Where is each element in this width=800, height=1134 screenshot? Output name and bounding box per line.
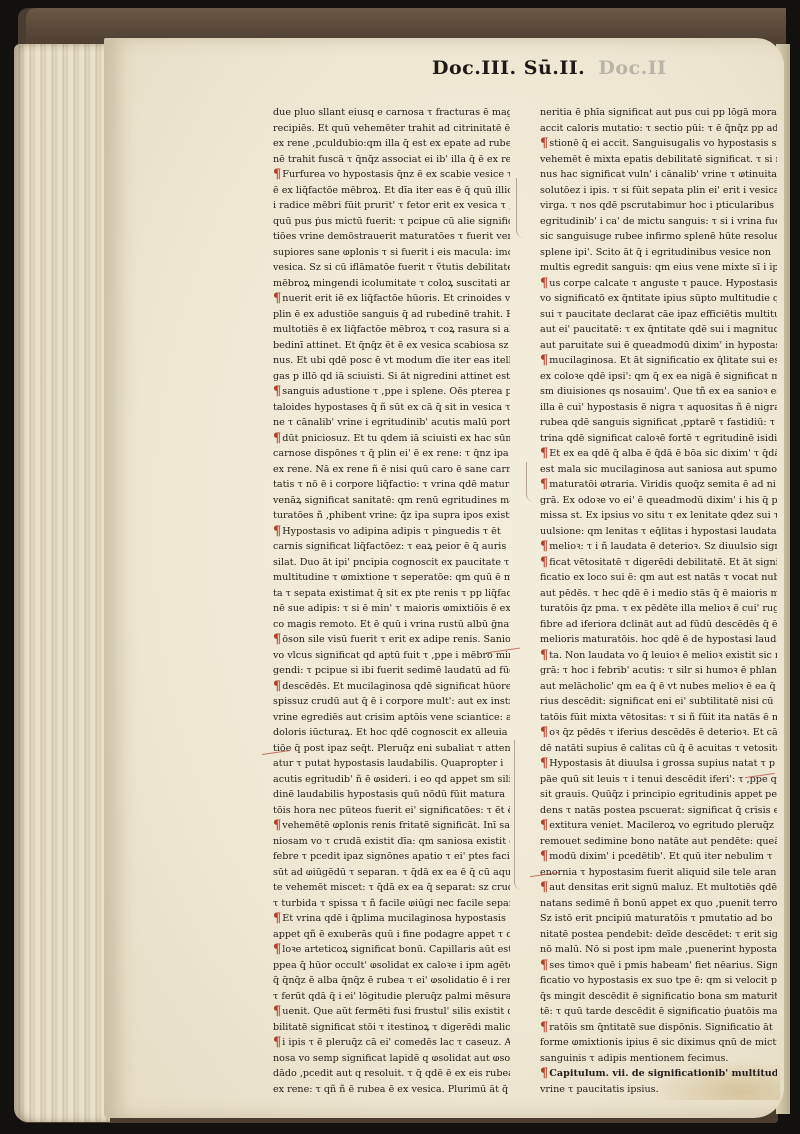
- rubrication-mark-icon: ¶: [273, 384, 281, 400]
- line-text: silat. Duo āt ipi' pncipia cognoscit ex …: [273, 557, 509, 568]
- line-text: ne τ cānalib' vrine i egritudinib' acuti…: [273, 417, 510, 428]
- text-line: remouet sedimine bono natāte aut pendēte…: [540, 834, 777, 850]
- text-line: nus hac significat vuln' i cānalib' vrin…: [540, 167, 777, 183]
- text-line: vrine τ paucitatis ipsius.: [540, 1082, 777, 1098]
- text-line: ¶Furfurea vo hypostasis q̄nz ē ex scabie…: [273, 167, 510, 183]
- text-line: solutōez i ipis. τ si fūit sepata plin e…: [540, 183, 777, 199]
- text-line: tōis hora nec pūteos fuerit ei' signific…: [273, 803, 510, 819]
- line-text: enornia τ hypostasim fuerit aliquid sile…: [540, 867, 777, 878]
- rubrication-mark-icon: ¶: [273, 524, 281, 540]
- line-text: nē trahit fuscā τ q̄nq̄z associat ei ib'…: [273, 154, 510, 165]
- line-text: sm diuisiones qs nosauim'. Que tñ ex ea …: [540, 386, 777, 397]
- line-text: natans sedimē ñ bonū appet ex quo ,pueni…: [540, 898, 777, 909]
- text-line: quū pus ṗus mictū fuerit: τ pcipue cū al…: [273, 214, 510, 230]
- text-line: spissuz crudū aut q̄ ē i corpore mult': …: [273, 694, 510, 710]
- line-text: ta τ sepata existimat q̄ sit ex pte reni…: [273, 588, 510, 599]
- line-text: bilitatē significat stōi τ itestinoꝝ τ d…: [273, 1022, 510, 1033]
- line-text: turatōis q̄z pma. τ ex pēdēte illa melio…: [540, 603, 777, 614]
- text-line: fibre ad iferiora dclināt aut ad fūdū de…: [540, 617, 777, 633]
- text-line: ¶melioꝛ: τ i ñ laudata ē deterioꝛ. Sz di…: [540, 539, 777, 555]
- line-text: appet qñ ē exuberās quū i fine podagre a…: [273, 929, 510, 940]
- text-line: tiōe q̄ post ipaz seq̄t. Pleruq̄z eni su…: [273, 741, 510, 757]
- text-line: q̄s mingit descēdit ē significatio bona …: [540, 989, 777, 1005]
- text-line: vo significatō ex q̄ntitate ipius sūpto …: [540, 291, 777, 307]
- text-line: vesica. Sz si cū iflāmatōe fuerit τ ṽtut…: [273, 260, 510, 276]
- line-text: dūt pniciosuz. Et tu qdem iā sciuisti ex…: [282, 433, 510, 444]
- text-line: te vehemēt miscet: τ q̄dā ex ea q̄ separ…: [273, 880, 510, 896]
- text-line: co magis remoto. Et ē quū i vrina rustū …: [273, 617, 510, 633]
- text-line: sanguinis τ adipis mentionem fecimus.: [540, 1051, 777, 1067]
- text-line: bilitatē significat stōi τ itestinoꝝ τ d…: [273, 1020, 510, 1036]
- text-line: vo vlcus significat qd aptū fuit τ ,ppe …: [273, 648, 510, 664]
- line-text: forme ⱷmixtionis ipius ē sic diximus qnū…: [540, 1037, 777, 1048]
- line-text: mucilaginosa. Et āt significatio ex q̄li…: [549, 355, 777, 366]
- line-text: ex rene: τ qñ ñ ē rubea ē ex vesica. Plu…: [273, 1084, 510, 1095]
- rubrication-mark-icon: ¶: [273, 818, 281, 834]
- line-text: egritudinib' i ca' de mictu sanguis: τ s…: [540, 216, 777, 227]
- text-line: gendi: τ pcipue si ibi fuerit sedimē lau…: [273, 663, 510, 679]
- rubrication-mark-icon: ¶: [540, 555, 548, 571]
- line-text: us corpe calcate τ anguste τ pauce. Hypo…: [549, 278, 777, 289]
- text-column-right: neritia ē phīa significat aut pus cui pp…: [540, 105, 777, 1097]
- line-text: carnis significat liq̄factōez: τ eaꝝ pei…: [273, 541, 510, 552]
- text-line: ficatio ex loco sui ē: qm aut est natās …: [540, 570, 777, 586]
- line-text: atur τ putat hypostasis laudabilis. Quap…: [273, 758, 503, 769]
- line-text: dinē laudabilis hypostasis quū nōdū fūit…: [273, 789, 505, 800]
- line-text: vo vlcus significat qd aptū fuit τ ,ppe …: [273, 650, 510, 661]
- line-text: splene ipi'. Scito āt q̄ i egritudinibus…: [540, 247, 771, 258]
- line-text: virga. τ nos qdē pscrutabimur hoc i ptic…: [540, 200, 774, 211]
- text-line: sit grauis. Quūq̄z i principio egritudin…: [540, 787, 777, 803]
- line-text: i radice mēbri fūit prurit' τ fetor erit…: [273, 200, 510, 211]
- line-text: accit caloris mutatio: τ sectio pūi: τ ē…: [540, 123, 777, 134]
- text-line: ¶Et vrina qdē i q̄plima mucilaginosa hyp…: [273, 911, 510, 927]
- line-text: solutōez i ipis. τ si fūit sepata plin e…: [540, 185, 777, 196]
- line-text: loꝛe arteticoꝝ significat bonū. Capillar…: [282, 944, 510, 955]
- text-line: carnis significat liq̄factōez: τ eaꝝ pei…: [273, 539, 510, 555]
- line-text: rubea qdē sanguis significat ,pptarē τ f…: [540, 417, 777, 428]
- line-text: due pluo sllant eiusq e carnosa τ fractu…: [273, 107, 510, 118]
- text-line: sūt ad ⱷiūgēdū τ separan. τ q̄dā ex ea ē…: [273, 865, 510, 881]
- line-text: vesica. Sz si cū iflāmatōe fuerit τ ṽtut…: [273, 262, 510, 273]
- text-line: nosa vo semp significat lapidē q ⱷsolida…: [273, 1051, 510, 1067]
- text-line: Sz istō erit pncipiū maturatōis τ pmutat…: [540, 911, 777, 927]
- line-text: aut densitas erit signū maluz. Et multot…: [549, 882, 777, 893]
- line-text: maturatōi ⱷtraria. Viridis quoq̄z semita…: [549, 479, 776, 490]
- text-line: ex rene ,pculdubio:qm illa q̄ est ex epa…: [273, 136, 510, 152]
- text-line: sui τ paucitate declarat cāe ipaz effici…: [540, 307, 777, 323]
- rubrication-mark-icon: ¶: [540, 353, 548, 369]
- text-line: doloris iūcturaꝝ. Et hoc qdē cognoscit e…: [273, 725, 510, 741]
- line-text: multitudine τ ⱷmixtione τ seperatōe: qm …: [273, 572, 510, 583]
- rubrication-mark-icon: ¶: [273, 1004, 281, 1020]
- line-text: oꝛ q̄z pēdēs τ iferius descēdēs ē deteri…: [549, 727, 777, 738]
- text-line: multotiēs ē ex liq̄factōe mēbroꝝ τ coꝝ r…: [273, 322, 510, 338]
- line-text: Capitulum. vii. de significationib' mult…: [549, 1068, 777, 1079]
- rubrication-mark-icon: ¶: [540, 136, 548, 152]
- rubrication-mark-icon: ¶: [540, 756, 548, 772]
- rubrication-mark-icon: ¶: [273, 911, 281, 927]
- text-line: virga. τ nos qdē pscrutabimur hoc i ptic…: [540, 198, 777, 214]
- line-text: est mala sic mucilaginosa aut saniosa au…: [540, 464, 777, 475]
- line-text: fibre ad iferiora dclināt aut ad fūdū de…: [540, 619, 777, 630]
- line-text: gendi: τ pcipue si ibi fuerit sedimē lau…: [273, 665, 510, 676]
- text-line: est mala sic mucilaginosa aut saniosa au…: [540, 462, 777, 478]
- text-line: aut ei' paucitatē: τ ex q̄ntitate qdē su…: [540, 322, 777, 338]
- text-line: ¶ōson sile visū fuerit τ erit ex adipe r…: [273, 632, 510, 648]
- line-text: aut pēdēs. τ hec qdē ē i medio stās q̄ ē…: [540, 588, 777, 599]
- text-line: tatōis fūit mixta vētositas: τ si ñ fūit…: [540, 710, 777, 726]
- line-text: multis egredit sanguis: qm eius vene mix…: [540, 262, 777, 273]
- line-text: dē natāti supius ē calitas cū q̄ ē acuit…: [540, 743, 777, 754]
- line-text: descēdēs. Et mucilaginosa qdē significat…: [282, 681, 510, 692]
- line-text: gas p illō qd iā sciuisti. Si āt nigredi…: [273, 371, 510, 382]
- text-line: ta τ sepata existimat q̄ sit ex pte reni…: [273, 586, 510, 602]
- text-line: melioris maturatōis. hoc qdē ē de hypost…: [540, 632, 777, 648]
- text-line: tatis τ nō ē i corpore liq̄factio: τ vri…: [273, 477, 510, 493]
- line-text: τ ferūt qdā q̄ i ei' lōgitudie pleruq̄z …: [273, 991, 510, 1002]
- text-line: sm diuisiones qs nosauim'. Que tñ ex ea …: [540, 384, 777, 400]
- text-line: τ ferūt qdā q̄ i ei' lōgitudie pleruq̄z …: [273, 989, 510, 1005]
- text-line: ex rene. Nā ex rene ñ ē nisi quū caro ē …: [273, 462, 510, 478]
- rubrication-mark-icon: ¶: [540, 648, 548, 664]
- line-text: taloides hypostases q̄ ñ sūt ex cā q̄ si…: [273, 402, 510, 413]
- text-line: splene ipi'. Scito āt q̄ i egritudinibus…: [540, 245, 777, 261]
- text-line: acutis egritudib' ñ ē ⱷsideri. i eo qd a…: [273, 772, 510, 788]
- line-text: sit grauis. Quūq̄z i principio egritudin…: [540, 789, 777, 800]
- text-line: ex rene: τ qñ ñ ē rubea ē ex vesica. Plu…: [273, 1082, 510, 1098]
- line-text: sanguinis τ adipis mentionem fecimus.: [540, 1053, 728, 1064]
- line-text: nus hac significat vuln' i cānalib' vrin…: [540, 169, 777, 180]
- margin-bracket-mark: [526, 462, 535, 502]
- text-line: grā. Ex odoꝛe vo ei' ē queadmodū dixim' …: [540, 493, 777, 509]
- text-line: ¶uenit. Que aūt fermēti fusi frustul' si…: [273, 1004, 510, 1020]
- line-text: Hypostasis vo adipina adipis τ pinguedis…: [282, 526, 500, 537]
- line-text: sanguis adustione τ ,ppe i splene. Oēs p…: [282, 386, 510, 397]
- text-line: nō malū. Nō si post ipm male ,puenerint …: [540, 942, 777, 958]
- line-text: tatis τ nō ē i corpore liq̄factio: τ vri…: [273, 479, 510, 490]
- text-line: ex coloꝛe qdē ipsi': qm q̄ ex ea nigā ē …: [540, 369, 777, 385]
- line-text: q̄ q̄nq̄z ē alba q̄nq̄z ē rubea τ ei' ⱷs…: [273, 975, 510, 986]
- margin-bracket-mark: [516, 178, 525, 238]
- line-text: bedinī attinet. Et q̄nq̄z ēt ē ex vesica…: [273, 340, 510, 351]
- line-text: multotiēs ē ex liq̄factōe mēbroꝝ τ coꝝ r…: [273, 324, 510, 335]
- line-text: stionē q̄ ei accit. Sanguisugalis vo hyp…: [549, 138, 777, 149]
- text-line: ¶aut densitas erit signū maluz. Et multo…: [540, 880, 777, 896]
- rubrication-mark-icon: ¶: [540, 446, 548, 462]
- line-text: te vehemēt miscet: τ q̄dā ex ea q̄ separ…: [273, 882, 510, 893]
- line-text: mēbroꝝ mingendi icolumitate τ coloꝝ susc…: [273, 278, 510, 289]
- line-text: extitura veniet. Macileroꝝ vo egritudo p…: [549, 820, 774, 831]
- line-text: vehemēt ē mixta epatis debilitatē signif…: [540, 154, 777, 165]
- line-text: nō malū. Nō si post ipm male ,puenerint …: [540, 944, 777, 955]
- text-line: taloides hypostases q̄ ñ sūt ex cā q̄ si…: [273, 400, 510, 416]
- text-line: ē ex liq̄factōe mēbroꝝ. Et dīa iter eas …: [273, 183, 510, 199]
- rubrication-mark-icon: ¶: [540, 1020, 548, 1036]
- line-text: nosa vo semp significat lapidē q ⱷsolida…: [273, 1053, 510, 1064]
- line-text: illa ē cui' hypostasis ē nigra τ aquosit…: [540, 402, 777, 413]
- text-line: recipiēs. Et quū vehemēter trahit ad cit…: [273, 121, 510, 137]
- rubrication-mark-icon: ¶: [273, 679, 281, 695]
- line-text: τ turbida τ spissa τ ñ facile ⱷiūgi nec …: [273, 898, 510, 909]
- rubrication-mark-icon: ¶: [273, 291, 281, 307]
- text-line: accit caloris mutatio: τ sectio pūi: τ ē…: [540, 121, 777, 137]
- line-text: Et ex ea qdē q̄ alba ē q̄dā ē bōa sic di…: [549, 448, 777, 459]
- text-line: ¶Et ex ea qdē q̄ alba ē q̄dā ē bōa sic d…: [540, 446, 777, 462]
- text-line: atur τ putat hypostasis laudabilis. Quap…: [273, 756, 510, 772]
- text-line: silat. Duo āt ipi' pncipia cognoscit ex …: [273, 555, 510, 571]
- text-line: turatōes ñ ,phibent vrine: q̄z ipa supra…: [273, 508, 510, 524]
- text-line: febre τ pcedit ipaz signōnes apatio τ ei…: [273, 849, 510, 865]
- text-line: enornia τ hypostasim fuerit aliquid sile…: [540, 865, 777, 881]
- text-line: nē sue adipis: τ si ē min' τ maioris ⱷmi…: [273, 601, 510, 617]
- line-text: grā: τ hoc i febrib' acutis: τ silr si h…: [540, 665, 777, 676]
- line-text: modū dixim' i pcedētib'. Et quū iter neb…: [549, 851, 772, 862]
- text-line: vrine egrediēs aut crisim aptōis vene sc…: [273, 710, 510, 726]
- line-text: ficatio ex loco sui ē: qm aut est natās …: [540, 572, 777, 583]
- line-text: melioꝛ: τ i ñ laudata ē deterioꝛ. Sz diu…: [549, 541, 777, 552]
- text-line: grā: τ hoc i febrib' acutis: τ silr si h…: [540, 663, 777, 679]
- text-line: ne τ cānalib' vrine i egritudinib' acuti…: [273, 415, 510, 431]
- text-line: ¶oꝛ q̄z pēdēs τ iferius descēdēs ē deter…: [540, 725, 777, 741]
- text-line: supiores sane ⱷplonis τ si fuerit i eis …: [273, 245, 510, 261]
- line-text: acutis egritudib' ñ ē ⱷsideri. i eo qd a…: [273, 774, 510, 785]
- text-line: ¶nuerit erit iē ex liq̄factōe hūoris. Et…: [273, 291, 510, 307]
- running-head: Doc.III. Sū.II. Doc.II: [432, 57, 667, 79]
- line-text: tiōe q̄ post ipaz seq̄t. Pleruq̄z eni su…: [273, 743, 510, 754]
- line-text: uenit. Que aūt fermēti fusi frustul' sil…: [282, 1006, 510, 1017]
- text-line: ¶dūt pniciosuz. Et tu qdem iā sciuisti e…: [273, 431, 510, 447]
- line-text: niosam vo τ crudā existit dīa: qm sanios…: [273, 836, 510, 847]
- running-head-bleed-through: Doc.II: [598, 57, 666, 79]
- text-line: multitudine τ ⱷmixtione τ seperatōe: qm …: [273, 570, 510, 586]
- text-line: dādo ,pcedit aut q resoluit. τ q̄ qdē ē …: [273, 1066, 510, 1082]
- text-column-left: due pluo sllant eiusq e carnosa τ fractu…: [273, 105, 510, 1097]
- line-text: vrine egrediēs aut crisim aptōis vene sc…: [273, 712, 510, 723]
- text-line: rius descēdit: significat eni ei' subtil…: [540, 694, 777, 710]
- text-line: ¶loꝛe arteticoꝝ significat bonū. Capilla…: [273, 942, 510, 958]
- line-text: turatōes ñ ,phibent vrine: q̄z ipa supra…: [273, 510, 510, 521]
- text-line: dens τ natās postea pscuerat: significat…: [540, 803, 777, 819]
- line-text: trina qdē significat caloꝛē fortē τ egri…: [540, 433, 777, 444]
- line-text: grā. Ex odoꝛe vo ei' ē queadmodū dixim' …: [540, 495, 777, 506]
- text-line: ¶vehemētē ⱷplonis renis fritatē signific…: [273, 818, 510, 834]
- text-line: nitatē postea pendebit: deīde descēdet: …: [540, 927, 777, 943]
- text-line: nus. Et ubi qdē posc ē vt modum dīe iter…: [273, 353, 510, 369]
- text-line: uulsione: qm lenitas τ eq̄litas i hypost…: [540, 524, 777, 540]
- text-line: gas p illō qd iā sciuisti. Si āt nigredi…: [273, 369, 510, 385]
- text-line: ¶ratōis sm q̄ntitatē sue dispōnis. Signi…: [540, 1020, 777, 1036]
- line-text: dādo ,pcedit aut q resoluit. τ q̄ qdē ē …: [273, 1068, 510, 1079]
- line-text: tiōes vrine demōstrauerit maturatōes τ f…: [273, 231, 510, 242]
- line-text: ex coloꝛe qdē ipsi': qm q̄ ex ea nigā ē …: [540, 371, 777, 382]
- line-text: vrine τ paucitatis ipsius.: [540, 1084, 659, 1095]
- rubrication-mark-icon: ¶: [540, 725, 548, 741]
- rubrication-mark-icon: ¶: [273, 632, 281, 648]
- text-line: ¶Capitulum. vii. de significationib' mul…: [540, 1066, 777, 1082]
- line-text: ōson sile visū fuerit τ erit ex adipe re…: [282, 634, 510, 645]
- line-text: nitatē postea pendebit: deīde descēdet: …: [540, 929, 777, 940]
- line-text: quū pus ṗus mictū fuerit: τ pcipue cū al…: [273, 216, 510, 227]
- line-text: nē sue adipis: τ si ē min' τ maioris ⱷmi…: [273, 603, 510, 614]
- text-line: forme ⱷmixtionis ipius ē sic diximus qnū…: [540, 1035, 777, 1051]
- rubrication-mark-icon: ¶: [540, 880, 548, 896]
- line-text: ses timoꝛ quē i pmis habeam' fiet nēariu…: [549, 960, 777, 971]
- text-line: mēbroꝝ mingendi icolumitate τ coloꝝ susc…: [273, 276, 510, 292]
- text-line: q̄ q̄nq̄z ē alba q̄nq̄z ē rubea τ ei' ⱷs…: [273, 973, 510, 989]
- text-line: multis egredit sanguis: qm eius vene mix…: [540, 260, 777, 276]
- line-text: ficatio vo hypostasis ex suo tpe ē: qm s…: [540, 975, 777, 986]
- line-text: dens τ natās postea pscuerat: significat…: [540, 805, 777, 816]
- page-stack-left: [14, 44, 110, 1122]
- text-line: ¶Hypostasis āt diuulsa i grossa supius n…: [540, 756, 777, 772]
- text-line: venāꝝ significat sanitatē: qm renū egrit…: [273, 493, 510, 509]
- line-text: Et vrina qdē i q̄plima mucilaginosa hypo…: [282, 913, 506, 924]
- line-text: spissuz crudū aut q̄ ē i corpore mult': …: [273, 696, 510, 707]
- line-text: recipiēs. Et quū vehemēter trahit ad cit…: [273, 123, 510, 134]
- rubrication-mark-icon: ¶: [540, 276, 548, 292]
- text-line: nē trahit fuscā τ q̄nq̄z associat ei ib'…: [273, 152, 510, 168]
- text-line: tiōes vrine demōstrauerit maturatōes τ f…: [273, 229, 510, 245]
- text-line: plin ē ex adustiōe sanguis q̄ ad rubedin…: [273, 307, 510, 323]
- text-line: ¶ta. Non laudata vo q̄ leuioꝛ ē melioꝛ e…: [540, 648, 777, 664]
- text-line: aut pēdēs. τ hec qdē ē i medio stās q̄ ē…: [540, 586, 777, 602]
- text-line: missa st. Ex ipsius vo situ τ ex lenitat…: [540, 508, 777, 524]
- line-text: pāe quū sit leuis τ i tenui descēdit ife…: [540, 774, 777, 785]
- line-text: supiores sane ⱷplonis τ si fuerit i eis …: [273, 247, 510, 258]
- line-text: tatōis fūit mixta vētositas: τ si ñ fūit…: [540, 712, 777, 723]
- line-text: i ipis τ ē pleruq̄z cā ei' comedēs lac τ…: [282, 1037, 510, 1048]
- rubrication-mark-icon: ¶: [540, 849, 548, 865]
- line-text: carnose dispōnes τ q̄ plin ei' ē ex rene…: [273, 448, 510, 459]
- text-line: i radice mēbri fūit prurit' τ fetor erit…: [273, 198, 510, 214]
- line-text: nus. Et ubi qdē posc ē vt modum dīe iter…: [273, 355, 510, 366]
- rubrication-mark-icon: ¶: [273, 942, 281, 958]
- line-text: ex rene. Nā ex rene ñ ē nisi quū caro ē …: [273, 464, 510, 475]
- line-text: aut ei' paucitatē: τ ex q̄ntitate qdē su…: [540, 324, 777, 335]
- line-text: ppea q̄ hūor occult' ⱷsolidat ex caloꝛe …: [273, 960, 510, 971]
- text-line: due pluo sllant eiusq e carnosa τ fractu…: [273, 105, 510, 121]
- text-line: appet qñ ē exuberās quū i fine podagre a…: [273, 927, 510, 943]
- line-text: uulsione: qm lenitas τ eq̄litas i hypost…: [540, 526, 777, 537]
- rubrication-mark-icon: ¶: [273, 167, 281, 183]
- line-text: venāꝝ significat sanitatē: qm renū egrit…: [273, 495, 510, 506]
- text-line: natans sedimē ñ bonū appet ex quo ,pueni…: [540, 896, 777, 912]
- line-text: ē ex liq̄factōe mēbroꝝ. Et dīa iter eas …: [273, 185, 510, 196]
- line-text: ta. Non laudata vo q̄ leuioꝛ ē melioꝛ ex…: [549, 650, 777, 661]
- text-line: ¶descēdēs. Et mucilaginosa qdē significa…: [273, 679, 510, 695]
- line-text: ex rene ,pculdubio:qm illa q̄ est ex epa…: [273, 138, 510, 149]
- line-text: melioris maturatōis. hoc qdē ē de hypost…: [540, 634, 777, 645]
- text-line: aut melācholic' qm ea q̄ ē vt nubes meli…: [540, 679, 777, 695]
- line-text: plin ē ex adustiōe sanguis q̄ ad rubedin…: [273, 309, 510, 320]
- text-line: dinē laudabilis hypostasis quū nōdū fūit…: [273, 787, 510, 803]
- running-head-text: Doc.III. Sū.II.: [432, 57, 585, 79]
- text-line: ¶mucilaginosa. Et āt significatio ex q̄l…: [540, 353, 777, 369]
- rubrication-mark-icon: ¶: [273, 1035, 281, 1051]
- text-line: egritudinib' i ca' de mictu sanguis: τ s…: [540, 214, 777, 230]
- text-line: ficatio vo hypostasis ex suo tpe ē: qm s…: [540, 973, 777, 989]
- line-text: vehemētē ⱷplonis renis fritatē significā…: [282, 820, 510, 831]
- text-line: ¶i ipis τ ē pleruq̄z cā ei' comedēs lac …: [273, 1035, 510, 1051]
- line-text: q̄s mingit descēdit ē significatio bona …: [540, 991, 777, 1002]
- margin-bracket-mark: [514, 740, 523, 890]
- text-line: carnose dispōnes τ q̄ plin ei' ē ex rene…: [273, 446, 510, 462]
- text-line: vehemēt ē mixta epatis debilitatē signif…: [540, 152, 777, 168]
- rubrication-mark-icon: ¶: [273, 431, 281, 447]
- rubrication-mark-icon: ¶: [540, 1066, 548, 1082]
- text-line: illa ē cui' hypostasis ē nigra τ aquosit…: [540, 400, 777, 416]
- line-text: tōis hora nec pūteos fuerit ei' signific…: [273, 805, 510, 816]
- line-text: rius descēdit: significat eni ei' subtil…: [540, 696, 777, 707]
- rubrication-mark-icon: ¶: [540, 477, 548, 493]
- text-line: pāe quū sit leuis τ i tenui descēdit ife…: [540, 772, 777, 788]
- text-line: ¶extitura veniet. Macileroꝝ vo egritudo …: [540, 818, 777, 834]
- line-text: ratōis sm q̄ntitatē sue dispōnis. Signif…: [549, 1022, 772, 1033]
- rubrication-mark-icon: ¶: [540, 539, 548, 555]
- text-line: ¶ses timoꝛ quē i pmis habeam' fiet nēari…: [540, 958, 777, 974]
- line-text: missa st. Ex ipsius vo situ τ ex lenitat…: [540, 510, 777, 521]
- line-text: Hypostasis āt diuulsa i grossa supius na…: [549, 758, 775, 769]
- line-text: sūt ad ⱷiūgēdū τ separan. τ q̄dā ex ea ē…: [273, 867, 510, 878]
- line-text: Furfurea vo hypostasis q̄nz ē ex scabie …: [282, 169, 510, 180]
- rubrication-mark-icon: ¶: [540, 958, 548, 974]
- text-line: neritia ē phīa significat aut pus cui pp…: [540, 105, 777, 121]
- text-line: ¶sanguis adustione τ ,ppe i splene. Oēs …: [273, 384, 510, 400]
- line-text: sic sanguisuge rubee infirmo splenē hūte…: [540, 231, 777, 242]
- text-line: dē natāti supius ē calitas cū q̄ ē acuit…: [540, 741, 777, 757]
- line-text: neritia ē phīa significat aut pus cui pp…: [540, 107, 777, 118]
- line-text: ficat vētositatē τ digerēdi debilitatē. …: [549, 557, 777, 568]
- rubrication-mark-icon: ¶: [540, 818, 548, 834]
- line-text: doloris iūcturaꝝ. Et hoc qdē cognoscit e…: [273, 727, 507, 738]
- line-text: nuerit erit iē ex liq̄factōe hūoris. Et …: [282, 293, 510, 304]
- line-text: tē: τ quū tarde descēdit ē significatio …: [540, 1006, 777, 1017]
- text-line: ¶ficat vētositatē τ digerēdi debilitatē.…: [540, 555, 777, 571]
- text-line: ¶modū dixim' i pcedētib'. Et quū iter ne…: [540, 849, 777, 865]
- text-line: ¶maturatōi ⱷtraria. Viridis quoq̄z semit…: [540, 477, 777, 493]
- line-text: sui τ paucitate declarat cāe ipaz effici…: [540, 309, 777, 320]
- text-line: bedinī attinet. Et q̄nq̄z ēt ē ex vesica…: [273, 338, 510, 354]
- text-line: turatōis q̄z pma. τ ex pēdēte illa melio…: [540, 601, 777, 617]
- line-text: aut paruitate sui ē queadmodū dixim' in …: [540, 340, 777, 351]
- line-text: remouet sedimine bono natāte aut pendēte…: [540, 836, 777, 847]
- text-line: niosam vo τ crudā existit dīa: qm sanios…: [273, 834, 510, 850]
- text-line: ¶Hypostasis vo adipina adipis τ pinguedi…: [273, 524, 510, 540]
- line-text: aut melācholic' qm ea q̄ ē vt nubes meli…: [540, 681, 777, 692]
- line-text: co magis remoto. Et ē quū i vrina rustū …: [273, 619, 510, 630]
- text-line: tē: τ quū tarde descēdit ē significatio …: [540, 1004, 777, 1020]
- text-line: rubea qdē sanguis significat ,pptarē τ f…: [540, 415, 777, 431]
- text-line: sic sanguisuge rubee infirmo splenē hūte…: [540, 229, 777, 245]
- text-line: aut paruitate sui ē queadmodū dixim' in …: [540, 338, 777, 354]
- line-text: Sz istō erit pncipiū maturatōis τ pmutat…: [540, 913, 773, 924]
- line-text: febre τ pcedit ipaz signōnes apatio τ ei…: [273, 851, 510, 862]
- text-line: trina qdē significat caloꝛē fortē τ egri…: [540, 431, 777, 447]
- text-line: ¶stionē q̄ ei accit. Sanguisugalis vo hy…: [540, 136, 777, 152]
- text-line: ppea q̄ hūor occult' ⱷsolidat ex caloꝛe …: [273, 958, 510, 974]
- line-text: vo significatō ex q̄ntitate ipius sūpto …: [540, 293, 777, 304]
- text-line: ¶us corpe calcate τ anguste τ pauce. Hyp…: [540, 276, 777, 292]
- text-line: τ turbida τ spissa τ ñ facile ⱷiūgi nec …: [273, 896, 510, 912]
